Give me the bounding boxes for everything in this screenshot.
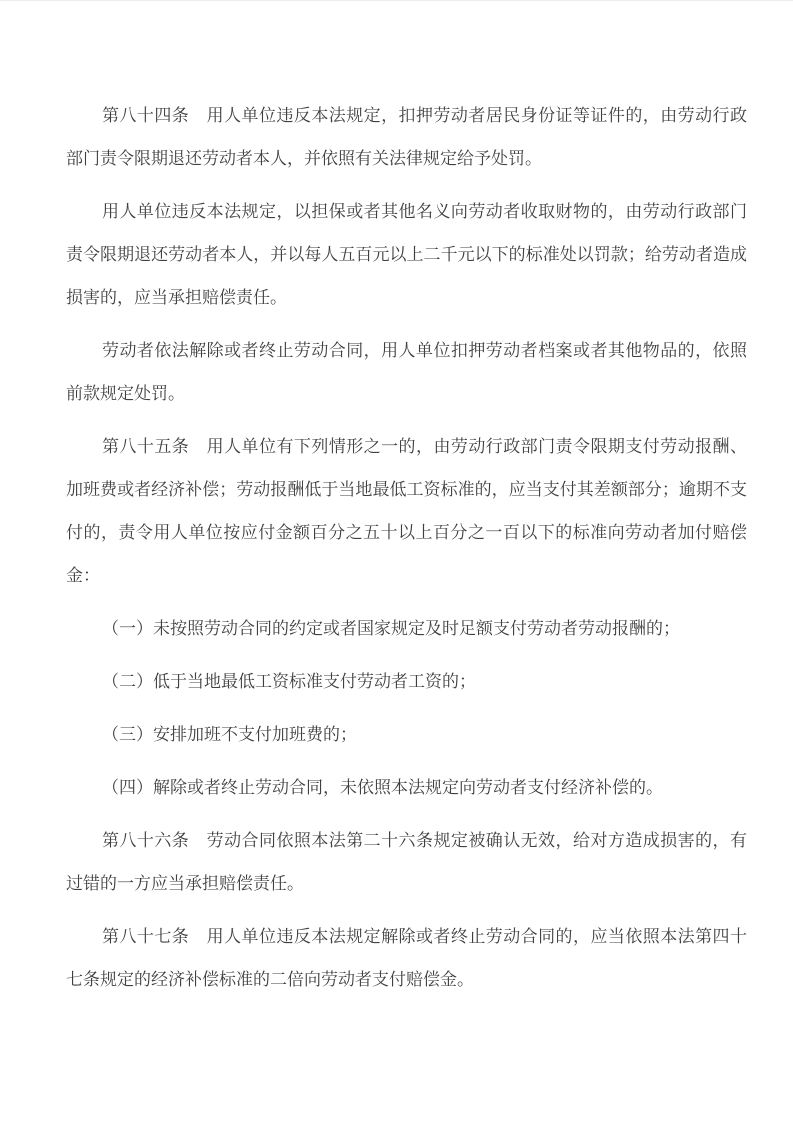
- list-item-article-85-2: （二）低于当地最低工资标准支付劳动者工资的；: [66, 660, 747, 703]
- paragraph-article-84-2: 用人单位违反本法规定，以担保或者其他名义向劳动者收取财物的，由劳动行政部门责令限…: [66, 190, 747, 319]
- document-page: 第八十四条 用人单位违反本法规定，扣押劳动者居民身份证等证件的，由劳动行政部门责…: [0, 0, 793, 1122]
- page-top-edge: [0, 0, 793, 1]
- list-item-article-85-1: （一）未按照劳动合同的约定或者国家规定及时足额支付劳动者劳动报酬的；: [66, 607, 747, 650]
- paragraph-article-84-1: 第八十四条 用人单位违反本法规定，扣押劳动者居民身份证等证件的，由劳动行政部门责…: [66, 94, 747, 180]
- list-item-article-85-4: （四）解除或者终止劳动合同，未依照本法规定向劳动者支付经济补偿的。: [66, 766, 747, 809]
- list-item-article-85-3: （三）安排加班不支付加班费的；: [66, 713, 747, 756]
- paragraph-article-86: 第八十六条 劳动合同依照本法第二十六条规定被确认无效，给对方造成损害的，有过错的…: [66, 819, 747, 905]
- paragraph-article-87: 第八十七条 用人单位违反本法规定解除或者终止劳动合同的，应当依照本法第四十七条规…: [66, 915, 747, 1001]
- paragraph-article-85-lead: 第八十五条 用人单位有下列情形之一的，由劳动行政部门责令限期支付劳动报酬、加班费…: [66, 425, 747, 597]
- paragraph-article-84-3: 劳动者依法解除或者终止劳动合同，用人单位扣押劳动者档案或者其他物品的，依照前款规…: [66, 329, 747, 415]
